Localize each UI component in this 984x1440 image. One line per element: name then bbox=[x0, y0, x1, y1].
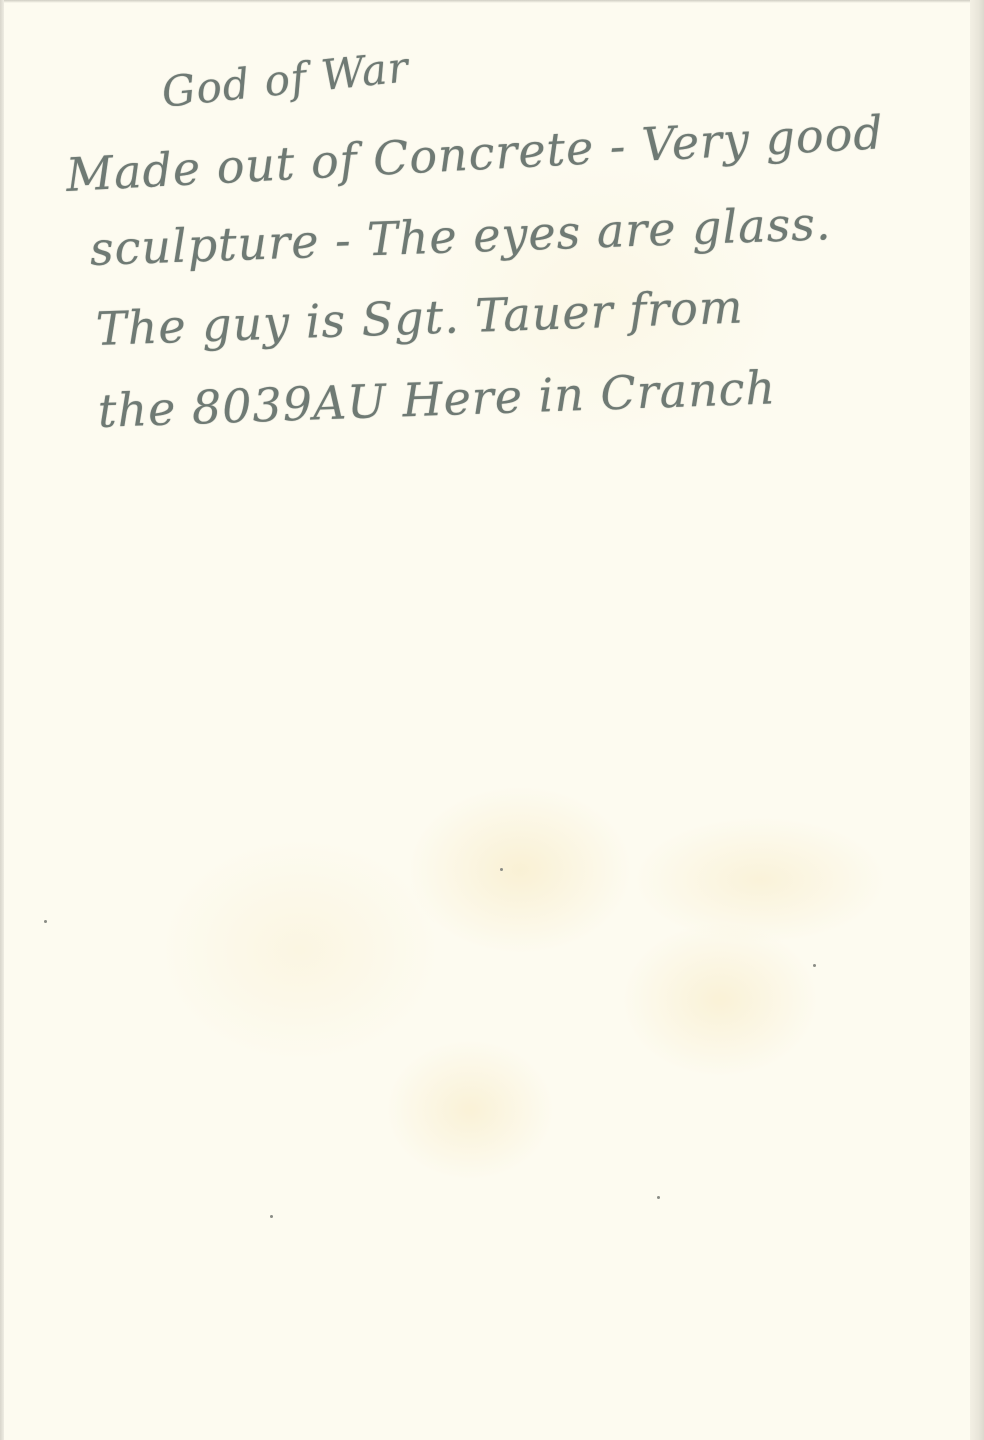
speck bbox=[657, 1196, 660, 1199]
speck bbox=[270, 1215, 273, 1218]
speck bbox=[44, 920, 47, 923]
note-line: the 8039AU Here in Cranch bbox=[97, 360, 777, 438]
note-title: God of War bbox=[159, 42, 411, 117]
note-line: sculpture - The eyes are glass. bbox=[89, 196, 832, 276]
photo-back-paper: God of War Made out of Concrete - Very g… bbox=[0, 0, 984, 1440]
speck bbox=[500, 868, 503, 871]
note-line: Made out of Concrete - Very good bbox=[65, 105, 885, 202]
handwritten-note: God of War Made out of Concrete - Very g… bbox=[0, 0, 984, 480]
note-line: The guy is Sgt. Tauer from bbox=[95, 279, 744, 356]
speck bbox=[813, 964, 816, 967]
